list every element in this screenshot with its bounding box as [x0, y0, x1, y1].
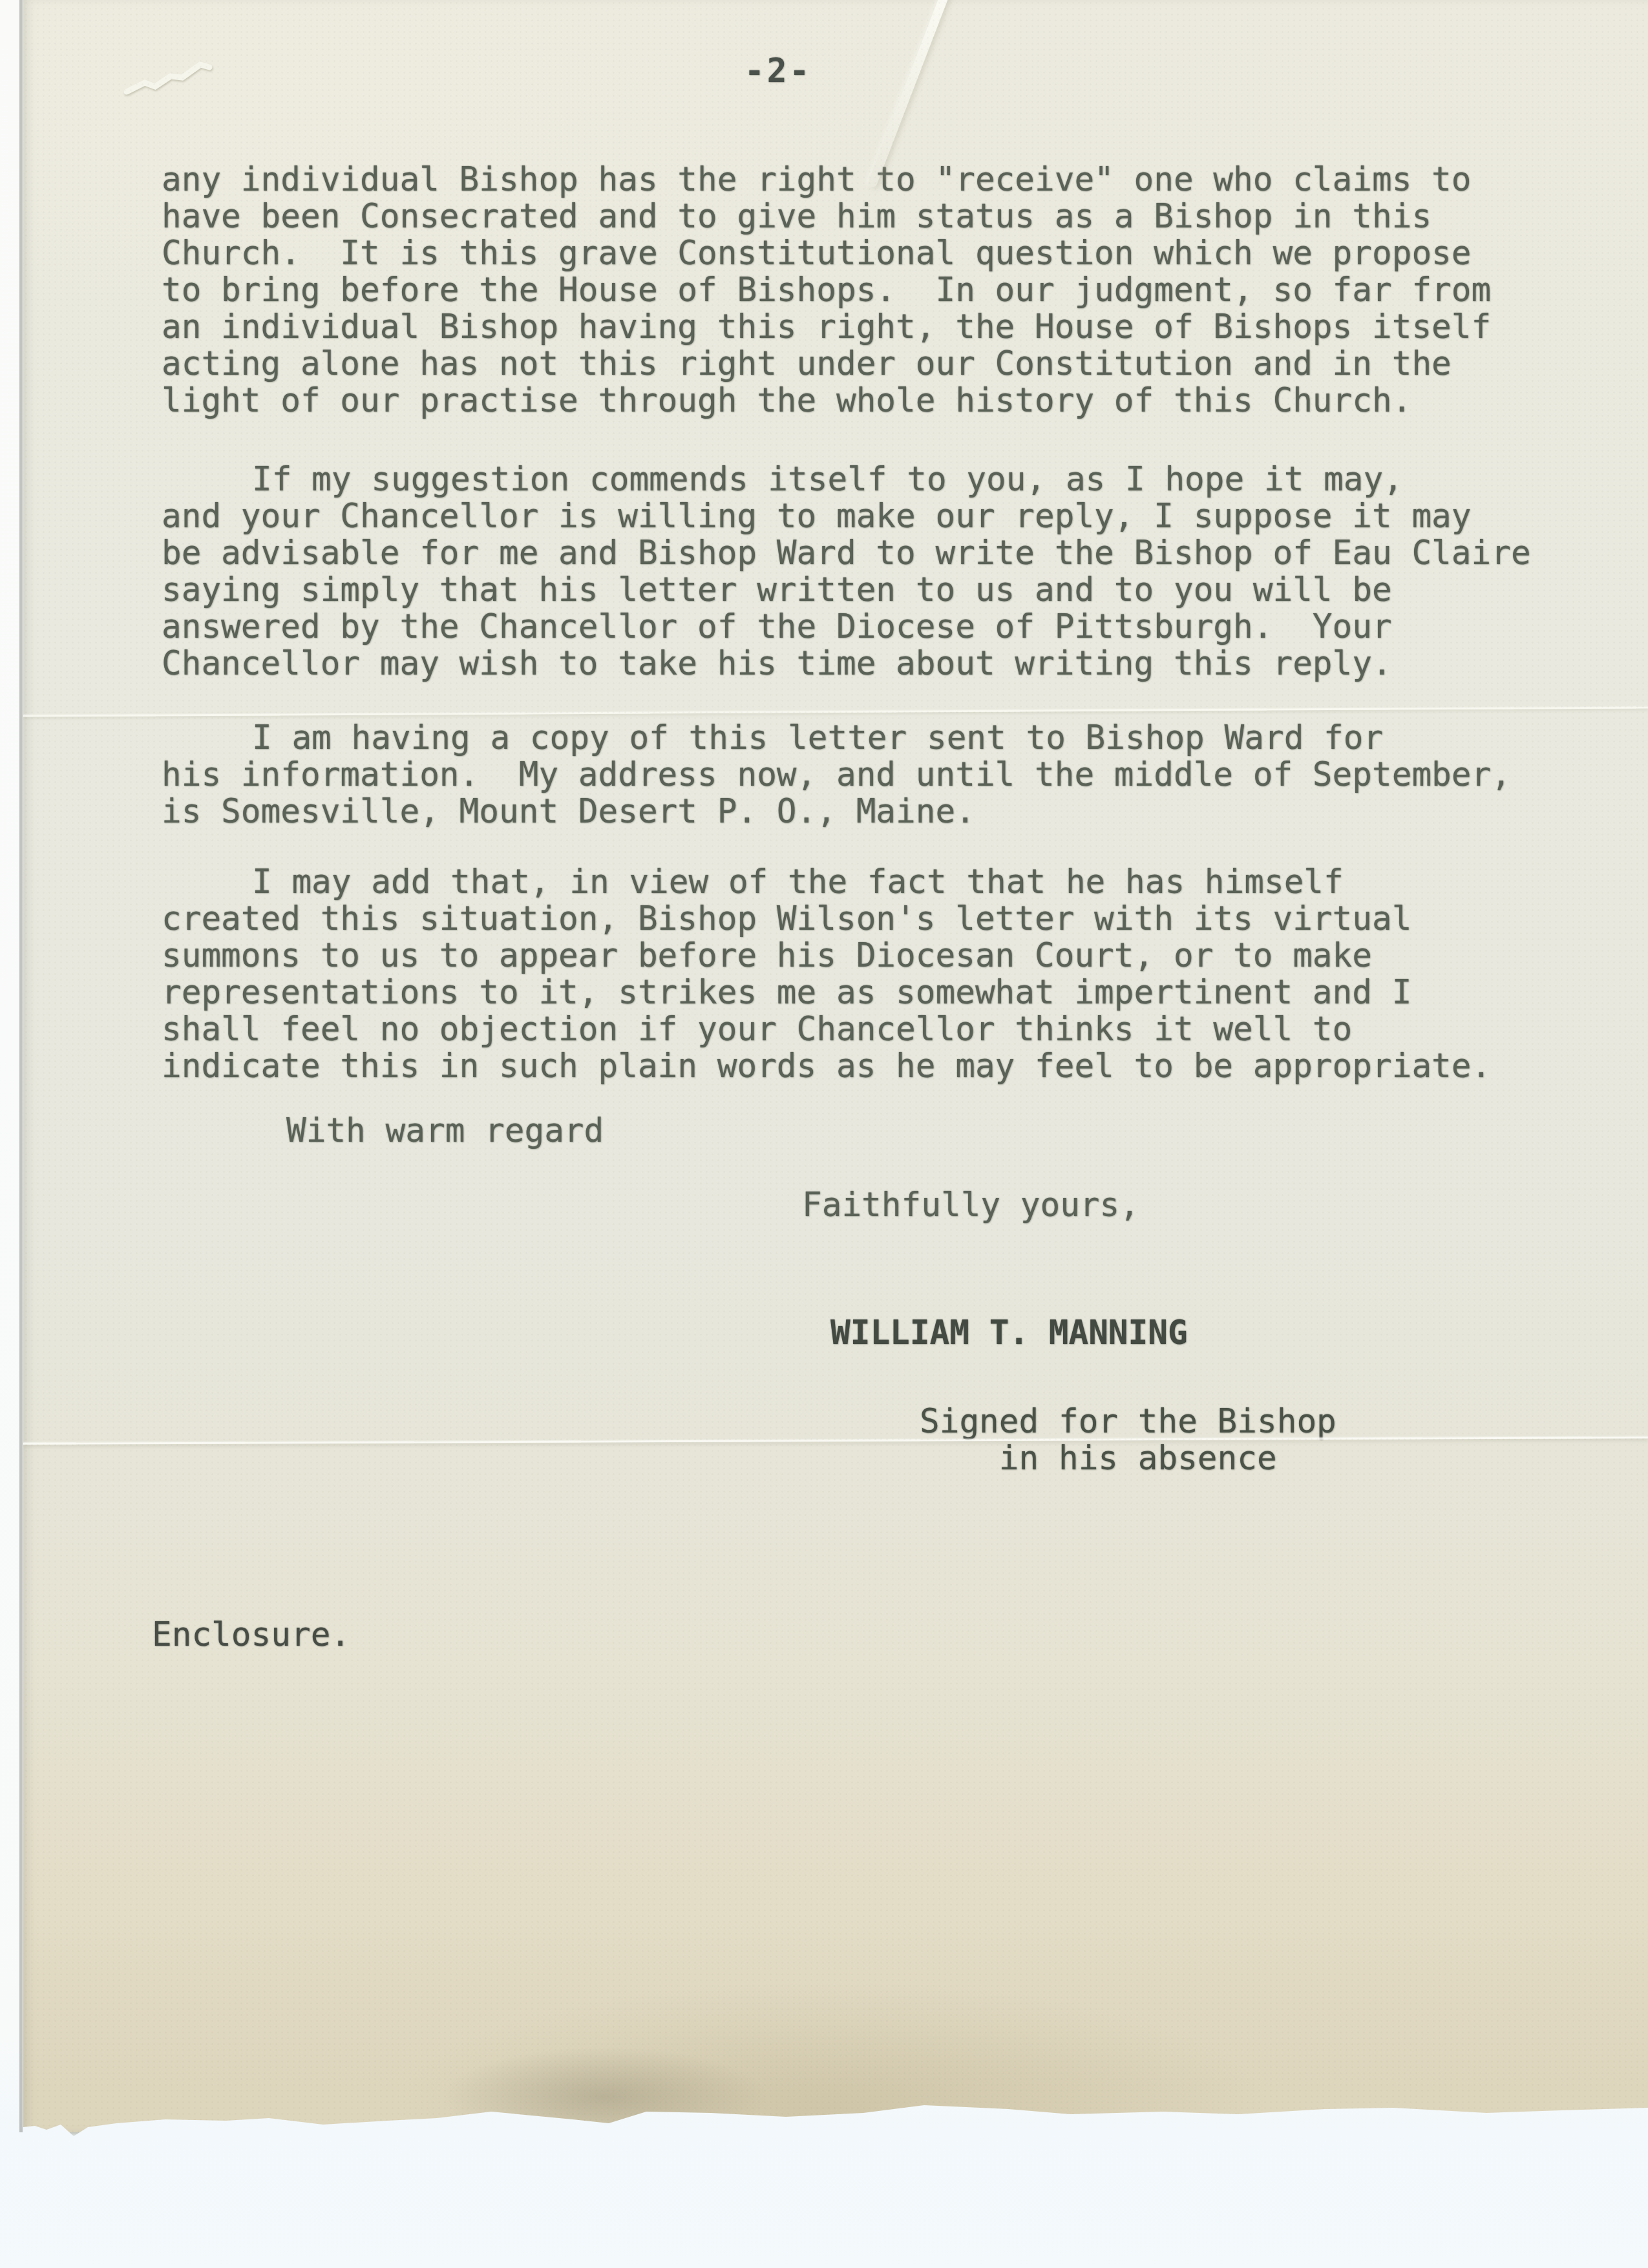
- horizontal-fold-crease-upper: [23, 706, 1648, 717]
- horizontal-fold-crease-lower: [23, 1436, 1648, 1445]
- paragraph-2: If my suggestion commends itself to you,…: [162, 461, 1531, 682]
- page-number: -2-: [745, 53, 812, 90]
- paragraph-3: I am having a copy of this letter sent t…: [162, 720, 1511, 830]
- regard-line: With warm regard: [286, 1113, 604, 1150]
- scanner-background: -2- any individual Bishop has the right …: [0, 0, 1648, 2268]
- enclosure-note: Enclosure.: [152, 1617, 350, 1654]
- paragraph-4: I may add that, in view of the fact that…: [162, 864, 1491, 1085]
- scan-edge-line: [19, 0, 23, 2132]
- valediction-line: Faithfully yours,: [802, 1187, 1139, 1224]
- signed-for-bishop-note: Signed for the Bishop in his absence: [920, 1403, 1336, 1477]
- signature-name: WILLIAM T. MANNING: [830, 1315, 1188, 1352]
- letter-page: -2- any individual Bishop has the right …: [23, 0, 1648, 2132]
- paragraph-1: any individual Bishop has the right to "…: [162, 162, 1491, 419]
- diagonal-fold-crease-top: [867, 0, 951, 189]
- paper-crease-mark: [114, 52, 256, 116]
